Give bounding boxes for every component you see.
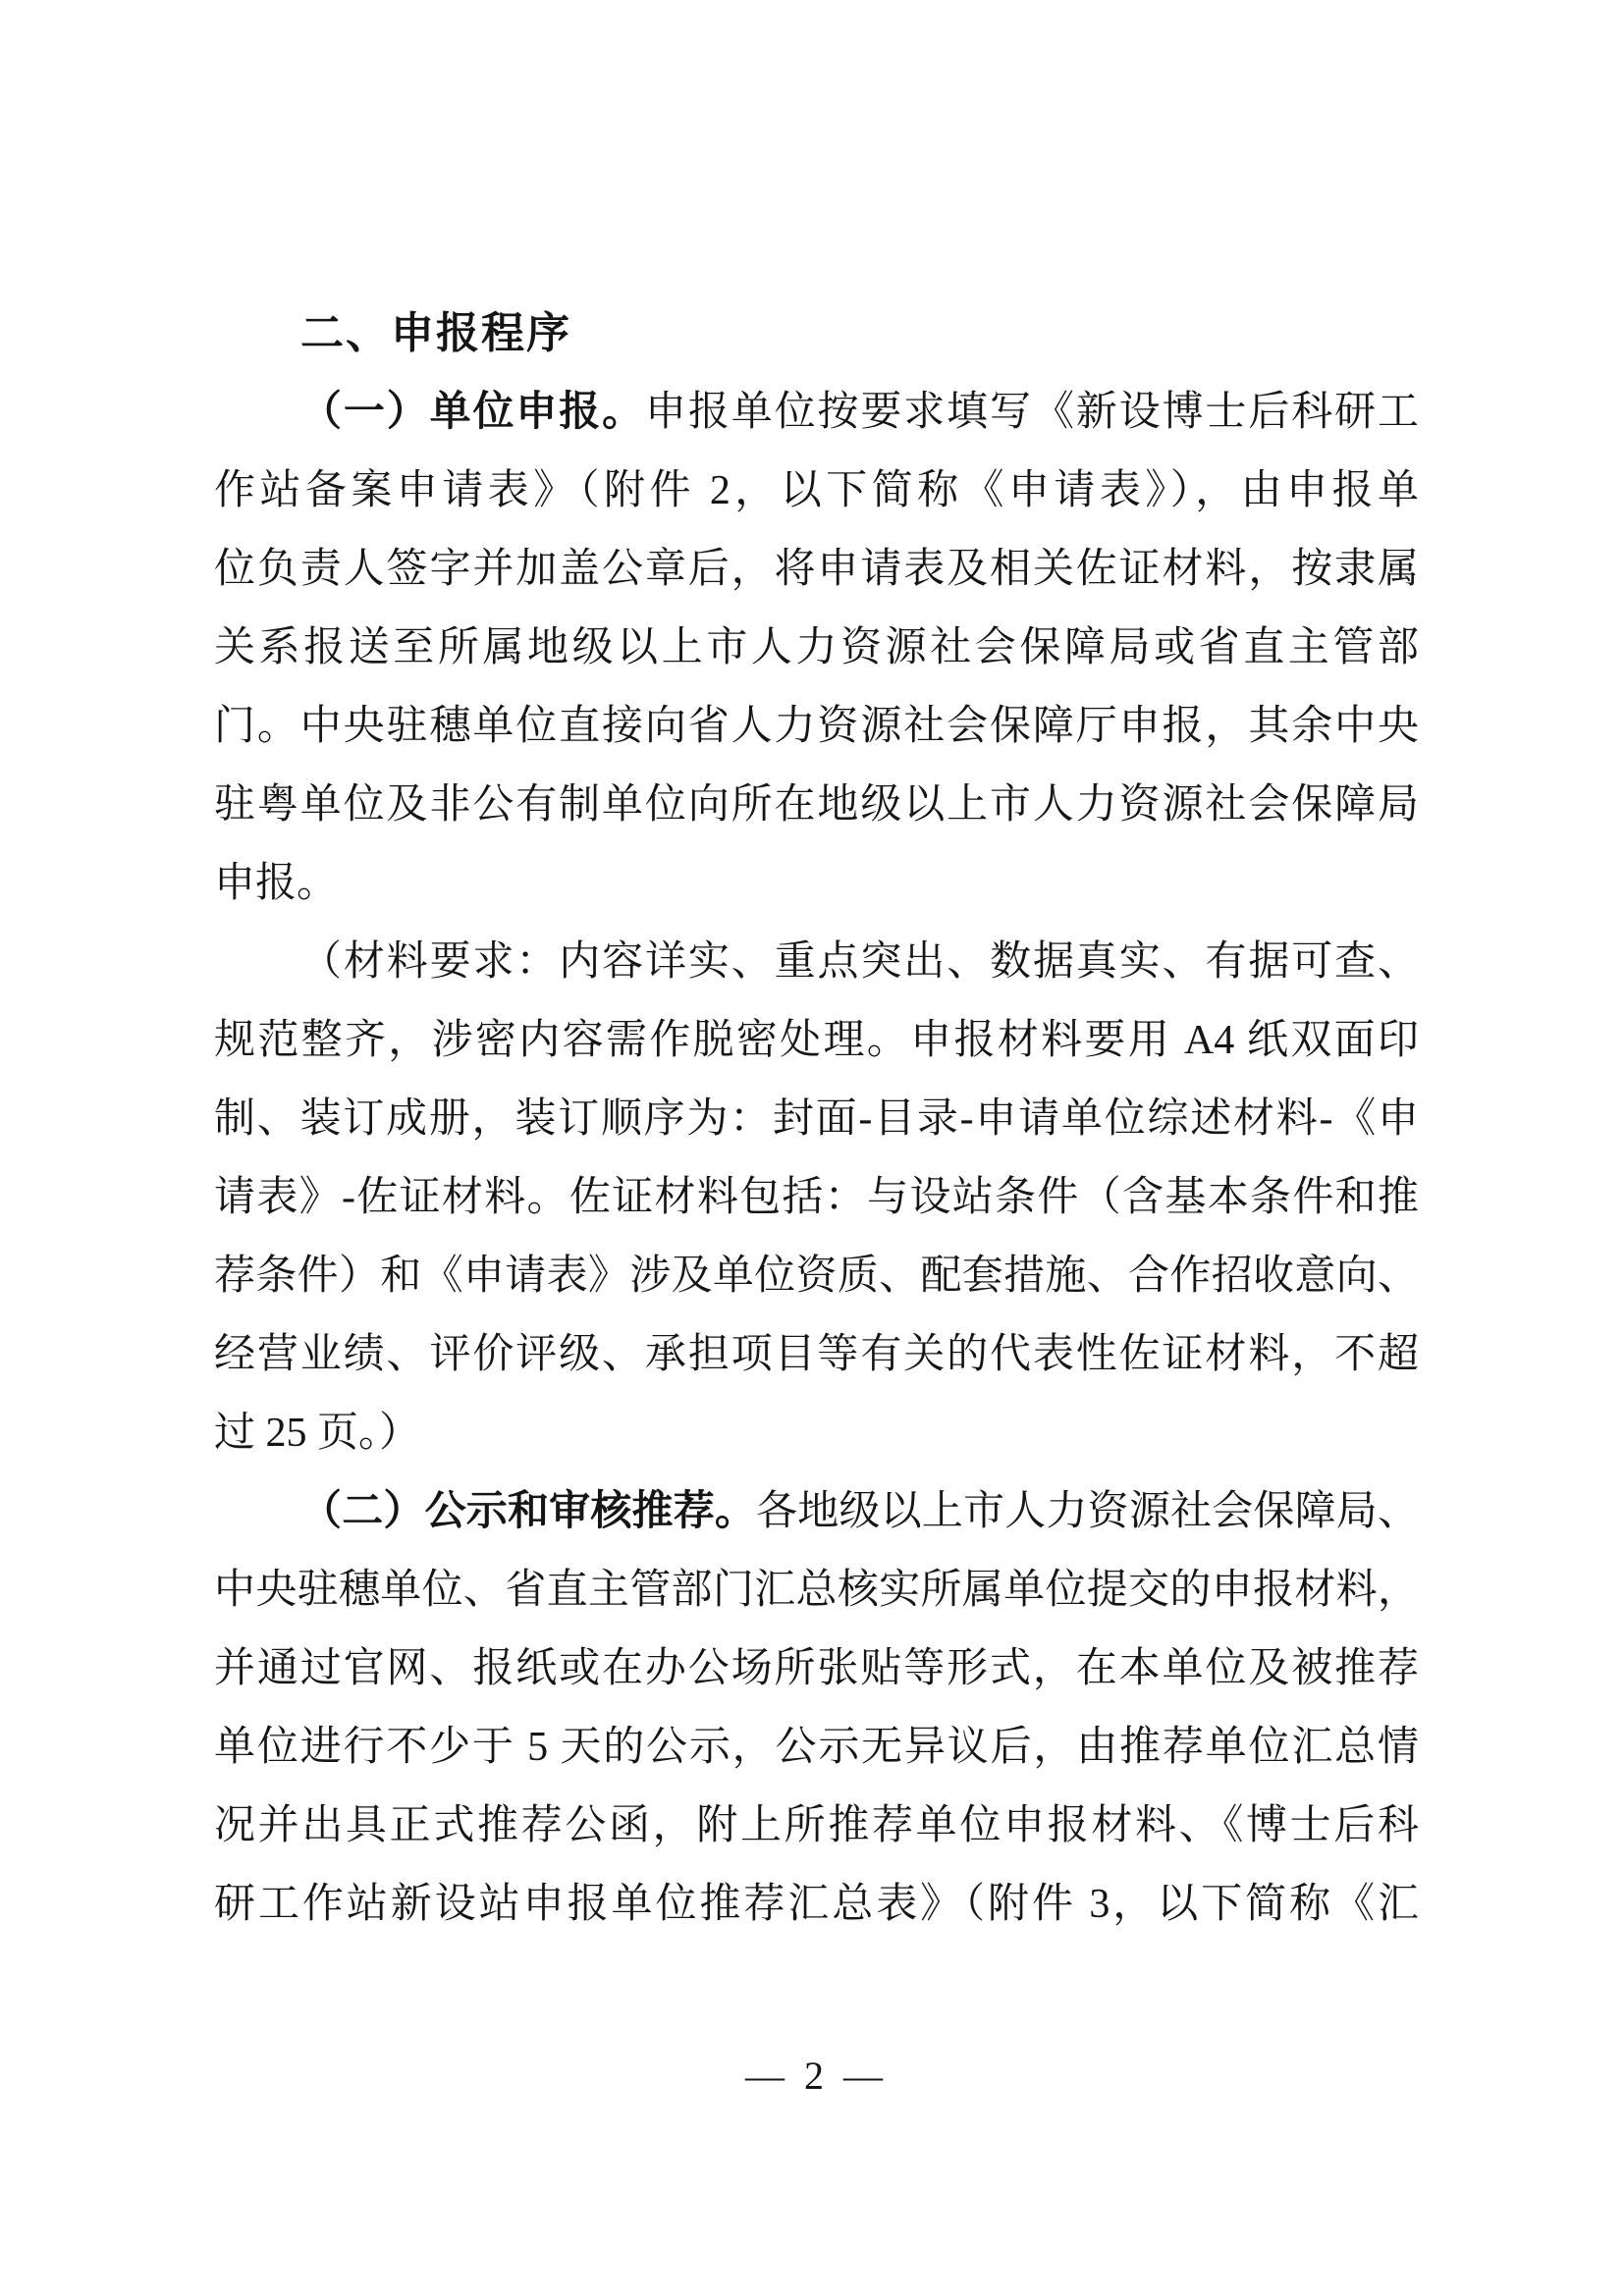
text-line: 位负责人签字并加盖公章后，将申请表及相关佐证材料，按隶属: [214, 530, 1419, 609]
line-text: 荐条件）和《申请表》涉及单位资质、配套措施、合作招收意向、: [214, 1254, 1419, 1299]
text-line: 规范整齐，涉密内容需作脱密处理。申报材料要用 A4 纸双面印: [214, 1001, 1419, 1080]
document-body: 二、申报程序 （一）单位申报。申报单位按要求填写《新设博士后科研工 作站备案申请…: [214, 294, 1419, 1944]
text-line: 单位进行不少于 5 天的公示，公示无异议后，由推荐单位汇总情: [214, 1708, 1419, 1787]
line-text: 申报单位按要求填写《新设博士后科研工: [645, 390, 1419, 435]
text-line: 研工作站新设站申报单位推荐汇总表》（附件 3，以下简称《汇: [214, 1865, 1419, 1944]
line-text: 并通过官网、报纸或在办公场所张贴等形式，在本单位及被推荐: [214, 1646, 1419, 1691]
line-text: 各地级以上市人力资源社会保障局、: [756, 1489, 1419, 1534]
text-line: （二）公示和审核推荐。各地级以上市人力资源社会保障局、: [214, 1472, 1419, 1551]
line-text: 经营业绩、评价评级、承担项目等有关的代表性佐证材料，不超: [214, 1332, 1419, 1377]
text-line: （一）单位申报。申报单位按要求填写《新设博士后科研工: [214, 373, 1419, 452]
text-line: 况并出具正式推荐公函，附上所推荐单位申报材料、《博士后科: [214, 1787, 1419, 1865]
line-text: 规范整齐，涉密内容需作脱密处理。申报材料要用 A4 纸双面印: [214, 1018, 1419, 1063]
line-text: 驻粤单位及非公有制单位向所在地级以上市人力资源社会保障局: [214, 782, 1419, 828]
text-line: 申报。: [214, 844, 1419, 923]
text-line: 荐条件）和《申请表》涉及单位资质、配套措施、合作招收意向、: [214, 1237, 1419, 1315]
text-line: 过 25 页。）: [214, 1394, 1419, 1472]
line-text: 中央驻穗单位、省直主管部门汇总核实所属单位提交的申报材料，: [214, 1568, 1419, 1613]
text-line: 制、装订成册，装订顺序为：封面-目录-申请单位综述材料-《申: [214, 1080, 1419, 1158]
line-lead-bold: （二）公示和审核推荐。: [300, 1489, 756, 1534]
line-text: 过 25 页。）: [214, 1411, 420, 1456]
line-text: 单位进行不少于 5 天的公示，公示无异议后，由推荐单位汇总情: [214, 1725, 1419, 1770]
line-text: 作站备案申请表》（附件 2，以下简称《申请表》），由申报单: [214, 468, 1419, 513]
line-text: 关系报送至所属地级以上市人力资源社会保障局或省直主管部: [214, 625, 1419, 670]
text-line: 经营业绩、评价评级、承担项目等有关的代表性佐证材料，不超: [214, 1315, 1419, 1394]
line-text: 申报。: [214, 861, 338, 906]
section-heading: 二、申报程序: [214, 294, 1419, 373]
line-lead-bold: （一）单位申报。: [300, 390, 645, 435]
text-line: （材料要求：内容详实、重点突出、数据真实、有据可查、: [214, 923, 1419, 1001]
text-line: 中央驻穗单位、省直主管部门汇总核实所属单位提交的申报材料，: [214, 1551, 1419, 1629]
line-text: 况并出具正式推荐公函，附上所推荐单位申报材料、《博士后科: [214, 1803, 1419, 1848]
paragraph-lines: （一）单位申报。申报单位按要求填写《新设博士后科研工 作站备案申请表》（附件 2…: [214, 373, 1419, 1944]
text-line: 请表》-佐证材料。佐证材料包括：与设站条件（含基本条件和推: [214, 1158, 1419, 1237]
line-text: 研工作站新设站申报单位推荐汇总表》（附件 3，以下简称《汇: [214, 1882, 1419, 1927]
line-text: （材料要求：内容详实、重点突出、数据真实、有据可查、: [300, 939, 1419, 985]
page-number: — 2 —: [214, 2042, 1419, 2110]
text-line: 作站备案申请表》（附件 2，以下简称《申请表》），由申报单: [214, 452, 1419, 530]
text-line: 驻粤单位及非公有制单位向所在地级以上市人力资源社会保障局: [214, 766, 1419, 844]
document-page: 二、申报程序 （一）单位申报。申报单位按要求填写《新设博士后科研工 作站备案申请…: [0, 0, 1624, 2296]
line-text: 请表》-佐证材料。佐证材料包括：与设站条件（含基本条件和推: [214, 1175, 1419, 1220]
line-text: 位负责人签字并加盖公章后，将申请表及相关佐证材料，按隶属: [214, 547, 1419, 592]
text-line: 门。中央驻穗单位直接向省人力资源社会保障厅申报，其余中央: [214, 687, 1419, 766]
line-text: 制、装订成册，装订顺序为：封面-目录-申请单位综述材料-《申: [214, 1096, 1419, 1142]
text-line: 关系报送至所属地级以上市人力资源社会保障局或省直主管部: [214, 609, 1419, 687]
line-text: 门。中央驻穗单位直接向省人力资源社会保障厅申报，其余中央: [214, 704, 1419, 749]
text-line: 并通过官网、报纸或在办公场所张贴等形式，在本单位及被推荐: [214, 1629, 1419, 1708]
